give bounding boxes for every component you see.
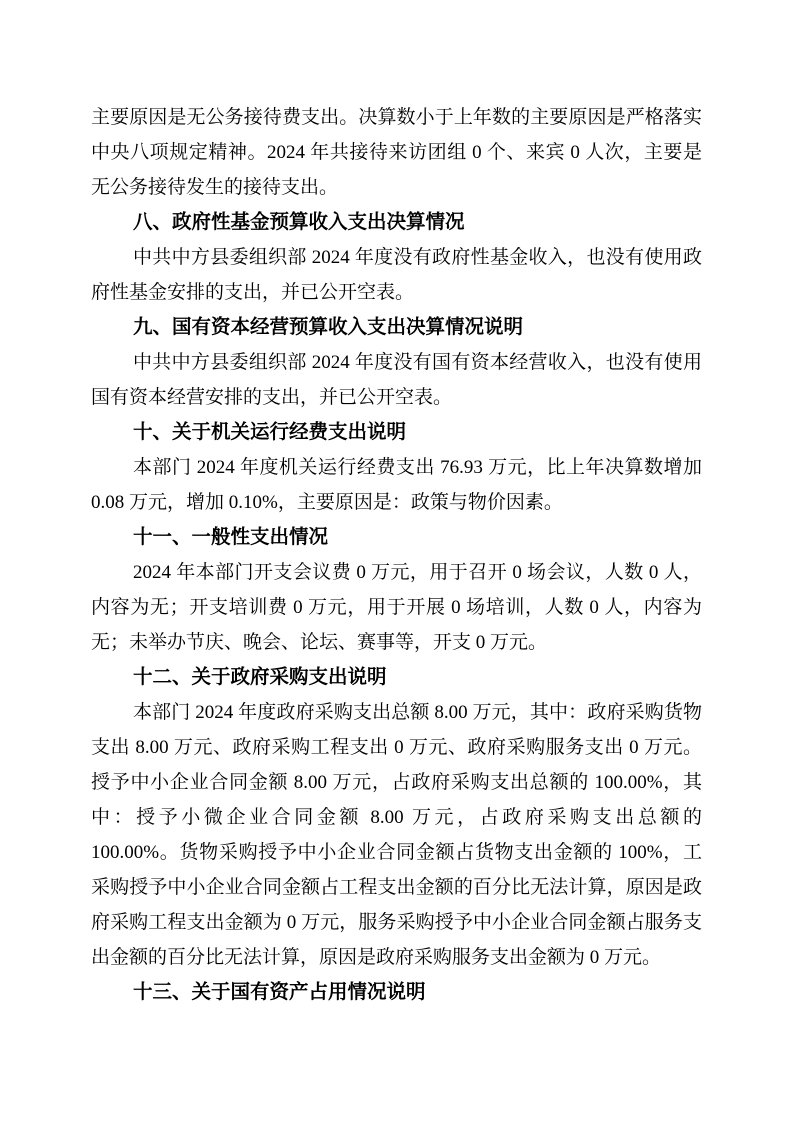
document-line: 主要原因是无公务接待费支出。决算数小于上年数的主要原因是严格落实	[91, 100, 702, 135]
document-line: 无公务接待发生的接待支出。	[91, 170, 702, 205]
section-heading: 十三、关于国有资产占用情况说明	[91, 975, 702, 1010]
document-line: 100.00%。货物采购授予中小企业合同金额占货物支出金额的 100%，工程	[91, 835, 702, 870]
document-line: 中共中方县委组织部 2024 年度没有国有资本经营收入，也没有使用	[91, 345, 702, 380]
document-body: 主要原因是无公务接待费支出。决算数小于上年数的主要原因是严格落实中央八项规定精神…	[91, 100, 702, 1010]
section-heading: 八、政府性基金预算收入支出决算情况	[91, 205, 702, 240]
document-line: 内容为无；开支培训费 0 万元，用于开展 0 场培训，人数 0 人，内容为	[91, 590, 702, 625]
document-line: 中：授予小微企业合同金额 8.00 万元，占政府采购支出总额的	[91, 800, 702, 835]
document-line: 中央八项规定精神。2024 年共接待来访团组 0 个、来宾 0 人次，主要是	[91, 135, 702, 170]
document-line: 府采购工程支出金额为 0 万元，服务采购授予中小企业合同金额占服务支	[91, 905, 702, 940]
document-line: 2024 年本部门开支会议费 0 万元，用于召开 0 场会议，人数 0 人，	[91, 555, 702, 590]
document-line: 授予中小企业合同金额 8.00 万元，占政府采购支出总额的 100.00%，其	[91, 765, 702, 800]
document-line: 本部门 2024 年度政府采购支出总额 8.00 万元，其中：政府采购货物	[91, 695, 702, 730]
document-line: 中共中方县委组织部 2024 年度没有政府性基金收入，也没有使用政	[91, 240, 702, 275]
document-line: 支出 8.00 万元、政府采购工程支出 0 万元、政府采购服务支出 0 万元。	[91, 730, 702, 765]
document-line: 国有资本经营安排的支出，并已公开空表。	[91, 380, 702, 415]
section-heading: 九、国有资本经营预算收入支出决算情况说明	[91, 310, 702, 345]
document-line: 府性基金安排的支出，并已公开空表。	[91, 275, 702, 310]
section-heading: 十、关于机关运行经费支出说明	[91, 415, 702, 450]
document-line: 出金额的百分比无法计算，原因是政府采购服务支出金额为 0 万元。	[91, 940, 702, 975]
document-page: 主要原因是无公务接待费支出。决算数小于上年数的主要原因是严格落实中央八项规定精神…	[0, 0, 793, 1122]
document-line: 0.08 万元，增加 0.10%，主要原因是：政策与物价因素。	[91, 485, 702, 520]
section-heading: 十二、关于政府采购支出说明	[91, 660, 702, 695]
document-line: 本部门 2024 年度机关运行经费支出 76.93 万元，比上年决算数增加	[91, 450, 702, 485]
document-line: 无；未举办节庆、晚会、论坛、赛事等，开支 0 万元。	[91, 625, 702, 660]
document-line: 采购授予中小企业合同金额占工程支出金额的百分比无法计算，原因是政	[91, 870, 702, 905]
section-heading: 十一、一般性支出情况	[91, 520, 702, 555]
